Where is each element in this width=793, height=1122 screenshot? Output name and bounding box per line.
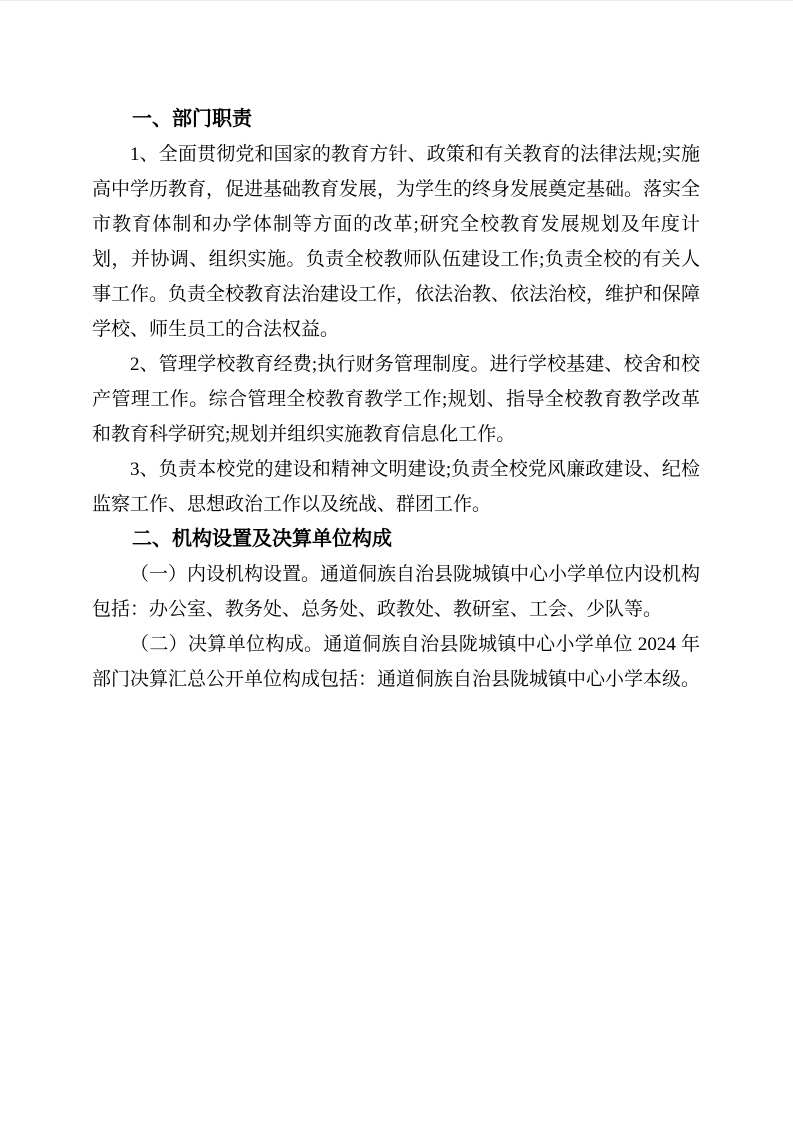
document-content: 一、部门职责1、全面贯彻党和国家的教育方针、政策和有关教育的法律法规;实施高中学… [92,102,700,697]
page-top-edge [0,0,793,1]
body-paragraph: 1、全面贯彻党和国家的教育方针、政策和有关教育的法律法规;实施高中学历教育，促进… [92,137,700,347]
body-paragraph: 3、负责本校党的建设和精神文明建设;负责全校党风廉政建设、纪检监察工作、思想政治… [92,452,700,522]
document-page: 一、部门职责1、全面贯彻党和国家的教育方针、政策和有关教育的法律法规;实施高中学… [0,0,793,1122]
section-heading: 一、部门职责 [92,102,700,137]
body-paragraph: （二）决算单位构成。通道侗族自治县陇城镇中心小学单位 2024 年部门决算汇总公… [92,627,700,697]
body-paragraph: （一）内设机构设置。通道侗族自治县陇城镇中心小学单位内设机构包括：办公室、教务处… [92,557,700,627]
body-paragraph: 2、管理学校教育经费;执行财务管理制度。进行学校基建、校舍和校产管理工作。综合管… [92,347,700,452]
section-heading: 二、机构设置及决算单位构成 [92,522,700,557]
